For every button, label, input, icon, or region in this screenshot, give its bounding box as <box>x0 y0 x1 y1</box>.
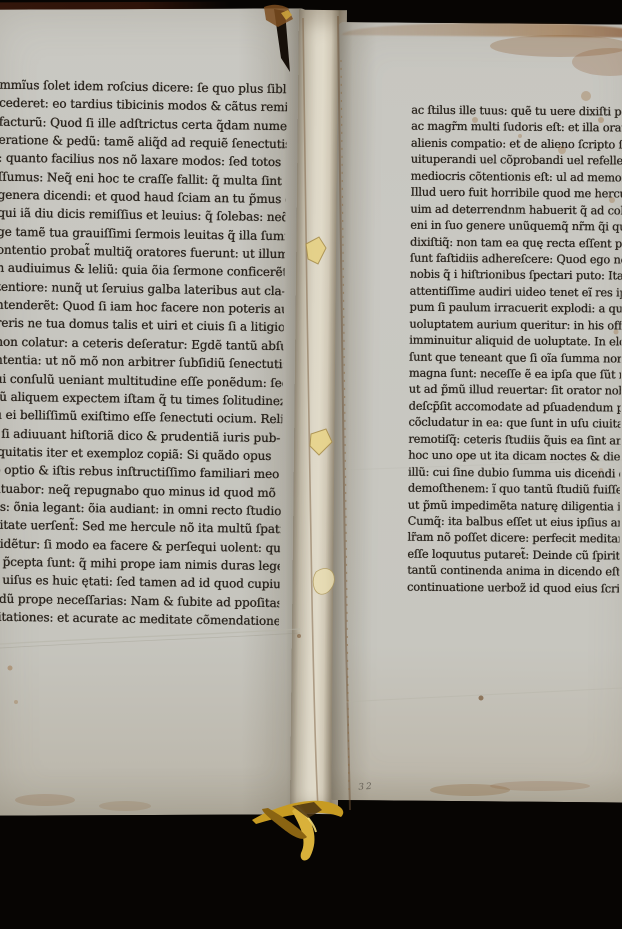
text-line: eſſe loquutus putaret̃: Deinde cũ ſpirit… <box>407 546 619 564</box>
text-line: nobis q̃ i hiſtrionibus ſpectari puto: I… <box>410 267 622 285</box>
left-page: mmĩus ſolet idem roſcius dicere: ſe quo … <box>0 8 312 815</box>
folio-number: 32 <box>358 782 374 793</box>
open-book-photograph: mmĩus ſolet idem roſcius dicere: ſe quo … <box>0 0 622 929</box>
text-line: Cumq̃: ita balbus eſſet ut eius ipſius a… <box>408 514 620 532</box>
text-line: ac ſtilus ille tuus: quẽ tu uere dixiſti… <box>411 103 622 121</box>
text-line: illũ: cui ſine dubio ſumma uis dicendi c… <box>408 464 620 482</box>
text-line: ut ad p̃mũ illud reuertar: ſit orator no… <box>409 382 621 400</box>
text-line: lr̃am nõ poſſet dicere: perfecit meditan… <box>407 530 619 548</box>
text-line: Illud uero fuit horribile quod me hercul… <box>410 185 622 203</box>
text-line: ac magr̃m multi ſudoris eſt: et illa ora… <box>411 119 622 137</box>
text-line: imminuitur aliquid de uoluptate. In eloq… <box>409 333 621 351</box>
text-line: demoſthenem: ĩ quo tantũ ſtudiũ fuiſſe t… <box>408 481 620 499</box>
text-line: ſunt que teneant que ſi oĩa ſumma non ſu… <box>409 349 621 367</box>
left-page-text-column: mmĩus ſolet idem roſcius dicere: ſe quo … <box>0 76 287 628</box>
right-page: ac ſtilus ille tuus: quẽ tu uere dixiſti… <box>331 22 622 803</box>
text-line: attentiſſime audiri uideo tenet eĩ res i… <box>410 283 622 301</box>
text-line: citationes: et acurate ac meditate cõmen… <box>0 608 279 629</box>
right-page-text-column: ac ſtilus ille tuus: quẽ tu uere dixiſti… <box>407 103 622 601</box>
text-line: tantũ continenda anima in dicendo eſt aſ… <box>407 563 619 581</box>
text-line: pum ſi paulum irracuerit explodi: a quib… <box>409 300 621 318</box>
foxing-stain-band <box>342 22 622 38</box>
text-line: uituperandi uel cõprobandi uel refellend… <box>411 152 622 170</box>
text-line: remotiſq̃: ceteris ſtudiis q̃uis ea ſint… <box>408 431 620 449</box>
text-line: continuatione uerboz̃ id quod eius ſcrip… <box>407 579 619 597</box>
text-line: deſcp̃ſit accomodate ad pſuadendum poſſe… <box>409 399 621 417</box>
text-line: uoluptatem aurium queritur: in his offen… <box>409 316 621 334</box>
text-line: dixiſtiq̃: non tam ea quę recta eſſent p… <box>410 234 622 252</box>
text-line: ſunt faſtidiis adhereſcere: Quod ego non… <box>410 251 622 269</box>
text-line: magna ſunt: neceſſe ẽ ea ipſa que ſũt mi… <box>409 366 621 384</box>
text-line: alienis compatio: et de alieno ſcripto ſ… <box>411 136 622 154</box>
text-line: hoc uno ope ut ita dicam noctes & dies u… <box>408 448 620 466</box>
text-line: ut p̃mũ impedimẽta naturę diligentia ind… <box>408 497 620 515</box>
text-line: cõcludatur in ea: que ſunt in uſu ciuita… <box>408 415 620 433</box>
text-line: eni in ſuo genere unũquemq̃ nr̃m q̃i que… <box>410 218 622 236</box>
text-line: mediocris cõtentionis eſt: ul ad memoriã… <box>411 168 622 186</box>
text-line: uim ad deterrendnm habuerit q̃ ad cohort… <box>410 201 622 219</box>
